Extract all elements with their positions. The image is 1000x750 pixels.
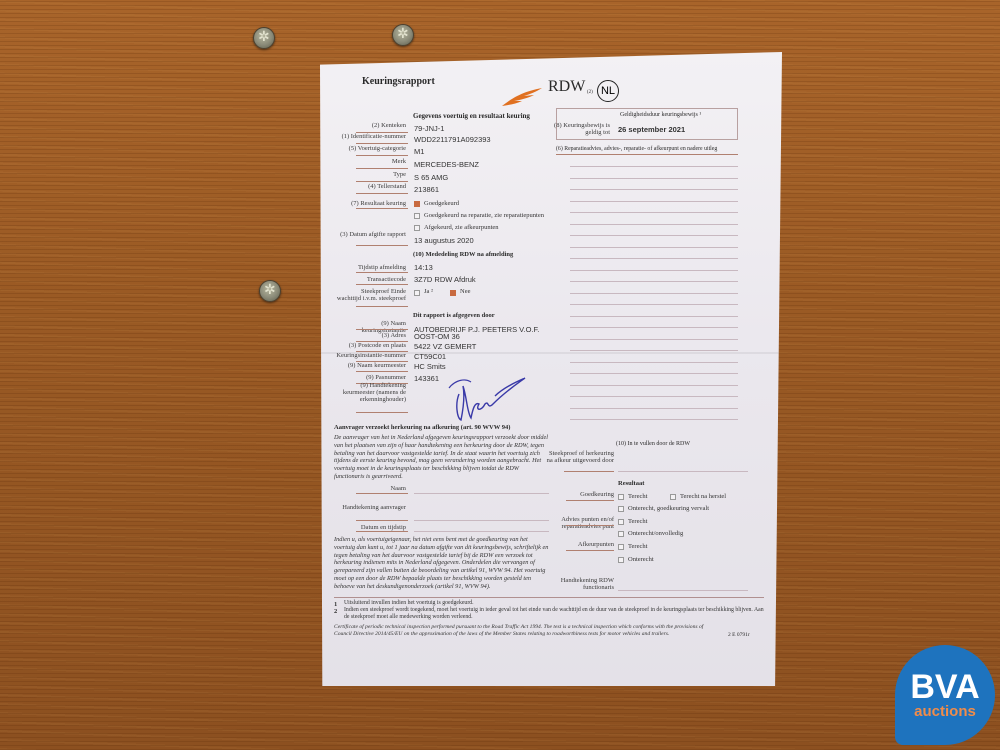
repair-line (570, 166, 738, 167)
label-underline (566, 525, 614, 526)
validity-value: 26 september 2021 (618, 125, 685, 134)
field-value: M1 (414, 147, 424, 156)
issuer-field-label: (9) Handtekening keurmeester (namens de … (336, 382, 406, 403)
field-value: WDD2211791A092393 (414, 135, 491, 144)
label-underline (356, 272, 408, 273)
label-underline (356, 306, 408, 307)
result-heading: Resultaat (618, 480, 644, 487)
field-label: Type (336, 171, 406, 178)
label-underline (356, 208, 408, 209)
repair-line (570, 362, 738, 363)
repair-line (570, 304, 738, 305)
repair-line (570, 224, 738, 225)
repair-line (570, 281, 738, 282)
label-underline (356, 181, 408, 182)
owner-reinspection-text: Indien u, als voertuigeigenaar, het niet… (334, 536, 550, 591)
sample-no-checkbox (450, 290, 456, 296)
issuer-field-label: (9) Naam keurmeester (336, 362, 406, 369)
footnote-number: 2 (334, 608, 337, 615)
repair-heading-underline (556, 154, 738, 155)
issuer-field-value: HC Smits (414, 362, 446, 371)
rdw-result-option: Terecht (628, 518, 647, 525)
label-underline (356, 284, 408, 285)
repair-line (570, 201, 738, 202)
repair-line (570, 270, 738, 271)
repair-line (570, 235, 738, 236)
screw-icon (253, 27, 275, 49)
issuer-field-value: 5422 VZ GEMERT (414, 342, 476, 351)
inspector-signature (445, 374, 530, 424)
rdw-result-option: Onterecht (628, 556, 654, 563)
field-label: (5) Voertuig-categorie (336, 145, 406, 152)
transaction-code-label: Transactiecode (336, 276, 406, 283)
transaction-code-value: 3Z7D RDW Afdruk (414, 275, 476, 284)
requester-date-line[interactable] (414, 531, 549, 532)
result-checkbox (414, 201, 420, 207)
rdw-result-checkbox (618, 494, 624, 500)
reinspection-text: De aanvrager van het in Nederland afgege… (334, 434, 550, 481)
screw-icon (392, 24, 414, 46)
sample-label: Steekproef Einde wachttijd i.v.m. steekp… (336, 288, 406, 302)
label-underline (564, 471, 614, 472)
result-checkbox (414, 213, 420, 219)
issuer-field-label: (3) Adres (336, 332, 406, 339)
rdw-logo-icon (500, 86, 544, 108)
footer-divider (334, 597, 764, 598)
rdw-sample-label: Steekproef of herkeuring na afkeur uitge… (546, 450, 614, 464)
label-underline (356, 329, 408, 330)
issuer-field-value: 143361 (414, 374, 439, 383)
rdw-group-label: Afkeurpunten (546, 541, 614, 548)
repair-line (570, 396, 738, 397)
rdw-result-checkbox (670, 494, 676, 500)
bva-logo-text: BVA (910, 670, 979, 704)
rdw-result-checkbox (618, 544, 624, 550)
field-value: MERCEDES-BENZ (414, 160, 479, 169)
requester-signature-label: Handtekening aanvrager (336, 504, 406, 511)
repair-line (570, 189, 738, 190)
requester-name-line[interactable] (414, 493, 549, 494)
field-value: 79-JNJ-1 (414, 124, 444, 133)
repair-line (570, 408, 738, 409)
country-mark-text: NL (601, 85, 615, 97)
bva-logo-subtext: auctions (914, 704, 976, 720)
field-value: 213861 (414, 185, 439, 194)
result-checkbox (414, 225, 420, 231)
label-underline (566, 500, 614, 501)
label-underline (356, 520, 408, 521)
requester-name-label: Naam (336, 485, 406, 492)
sample-yes-label: Ja ² (424, 288, 433, 295)
issue-date-label: (3) Datum afgifte rapport (336, 231, 406, 238)
reinspection-heading: Aanvrager verzoekt herkeuring na afkeuri… (334, 424, 510, 431)
label-underline (356, 371, 408, 372)
result-option-label: Goedgekeurd na reparatie, zie reparatiep… (424, 212, 544, 219)
rdw-result-checkbox (618, 506, 624, 512)
issuer-field-value: OOST-OM 36 (414, 332, 460, 341)
country-ref: (2) (587, 90, 593, 95)
result-option-label: Afgekeurd, zie afkeurpunten (424, 224, 499, 231)
label-underline (356, 531, 408, 532)
validity-label: (8) Keuringsbewijs is geldig tot (544, 122, 610, 136)
repair-heading: (6) Reparatieadvies, advies-, reparatie-… (556, 146, 717, 152)
form-code: 2 E 0791r (728, 632, 750, 638)
issuer-field-label: (9) Pasnummer (336, 374, 406, 381)
inspection-report-document: Keuringsrapport RDW (2) NL Gegevens voer… (320, 52, 782, 686)
issued-by-heading: Dit rapport is afgegeven door (413, 312, 495, 319)
country-mark-nl: NL (597, 80, 619, 102)
label-underline (356, 245, 408, 246)
rdw-result-option: Terecht (628, 493, 647, 500)
label-underline (356, 155, 408, 156)
rdw-sample-line[interactable] (618, 471, 748, 472)
rdw-section-heading: (10) In te vullen door de RDW (616, 441, 690, 447)
rdw-result-option: Onterecht/onvolledig (628, 530, 683, 537)
repair-line (570, 178, 738, 179)
sample-no-label: Nee (460, 288, 470, 295)
document-title: Keuringsrapport (362, 76, 435, 87)
repair-line (570, 419, 738, 420)
repair-line (570, 316, 738, 317)
field-label: (2) Kenteken (336, 122, 406, 129)
certificate-text: Certificate of periodic technical inspec… (334, 624, 714, 638)
rdw-notice-heading: (10) Mededeling RDW na afmelding (413, 251, 513, 258)
repair-line (570, 350, 738, 351)
sample-yes-checkbox (414, 290, 420, 296)
repair-line (570, 247, 738, 248)
rdw-group-label: Goedkeuring (546, 491, 614, 498)
section-vehicle-heading: Gegevens voertuig en resultaat keuring (413, 112, 530, 120)
rdw-signature-label: Handtekening RDW functionaris (546, 577, 614, 591)
rdw-brand: RDW (548, 78, 585, 96)
issuer-field-value: CT59C01 (414, 352, 446, 361)
label-underline (356, 143, 408, 144)
requester-signature-line[interactable] (414, 520, 549, 521)
result-option-label: Goedgekeurd (424, 200, 459, 207)
label-underline (356, 493, 408, 494)
repair-line (570, 212, 738, 213)
field-value: S 65 AMG (414, 173, 448, 182)
rdw-result-checkbox (618, 531, 624, 537)
footnote-text: Uitsluitend invullen indien het voertuig… (344, 600, 764, 607)
requester-date-label: Datum en tijdstip (336, 524, 406, 531)
rdw-result-option: Onterecht, goedkeuring vervalt (628, 505, 709, 512)
repair-line (570, 293, 738, 294)
repair-line (570, 327, 738, 328)
field-label: (1) Identificatie-nummer (336, 133, 406, 140)
rdw-result-option: Terecht na herstel (680, 493, 726, 500)
footnote-number: 1 (334, 601, 337, 608)
repair-line (570, 258, 738, 259)
label-underline (356, 193, 408, 194)
issue-date-value: 13 augustus 2020 (414, 236, 474, 245)
repair-line (570, 339, 738, 340)
field-label: (4) Tellerstand (336, 183, 406, 190)
issuer-field-label: (3) Postcode en plaats (336, 342, 406, 349)
issuer-field-label: Keuringsinstantie-nummer (336, 352, 406, 359)
rdw-group-label: Advies punten en/of reparatieadvies punt (546, 516, 614, 530)
repair-line (570, 385, 738, 386)
rdw-result-option: Terecht (628, 543, 647, 550)
label-underline (356, 412, 408, 413)
screw-icon (259, 280, 281, 302)
result-label: (7) Resultaat keuring (336, 200, 406, 207)
bva-auctions-watermark: BVA auctions (895, 645, 995, 745)
rdw-result-checkbox (618, 519, 624, 525)
time-value: 14:13 (414, 263, 433, 272)
repair-line (570, 373, 738, 374)
rdw-signature-line[interactable] (618, 590, 748, 591)
footnote-text: Indien een steekproef wordt toegekend, m… (344, 607, 764, 621)
label-underline (356, 168, 408, 169)
label-underline (566, 550, 614, 551)
rdw-result-checkbox (618, 557, 624, 563)
field-label: Merk (336, 158, 406, 165)
time-label: Tijdstip afmelding (336, 264, 406, 271)
